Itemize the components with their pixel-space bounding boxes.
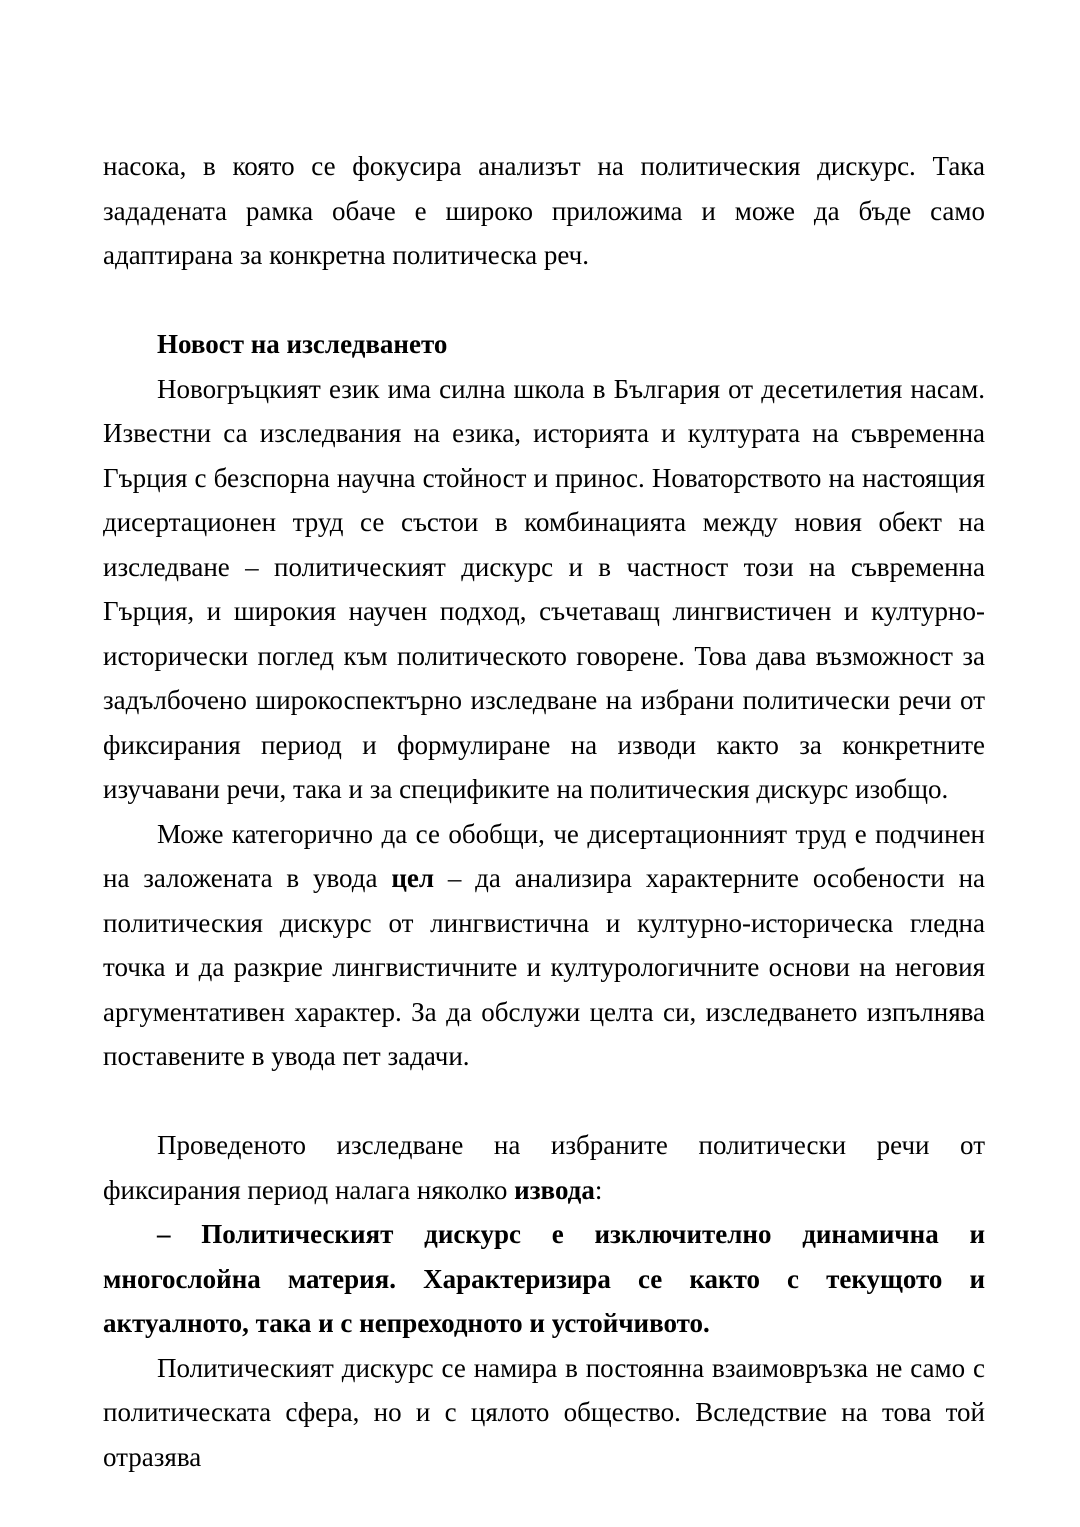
paragraph-goal: Може категорично да се обобщи, че дисерт…: [103, 812, 985, 1079]
paragraph-closing: Политическият дискурс се намира в постоя…: [103, 1346, 985, 1480]
conclusions-bold-word: извода: [514, 1175, 595, 1205]
section-heading: Новост на изследването: [103, 322, 985, 367]
paragraph-novelty: Новогръцкият език има силна школа в Бълг…: [103, 367, 985, 812]
paragraph-conclusions-intro: Проведеното изследване на избраните поли…: [103, 1123, 985, 1212]
goal-text-run: – да анализира характерните особености н…: [103, 863, 985, 1071]
paragraph-conclusion-1: – Политическият дискурс е изключително д…: [103, 1212, 985, 1346]
conclusions-text-run: :: [595, 1175, 603, 1205]
goal-bold-word: цел: [391, 863, 434, 893]
document-page: насока, в която се фокусира анализът на …: [0, 0, 1080, 1527]
paragraph-intro: насока, в която се фокусира анализът на …: [103, 144, 985, 278]
